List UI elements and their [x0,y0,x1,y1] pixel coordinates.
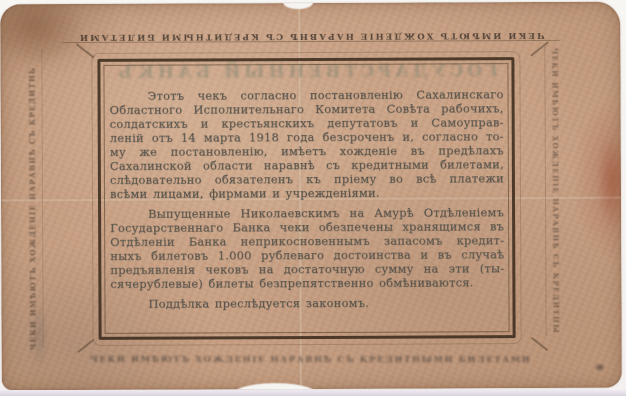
corner-ornament-top-left [76,43,94,58]
text-line: Поддѣлка преслѣдуется закономъ. [110,295,504,311]
scan-background: ЧЕКИ ИМѢЮТЪ ХОЖДЕНІЕ НАРАВНѢ СЪ КРЕДИТНЫ… [0,0,626,396]
corner-ornament-bottom-left [77,339,94,353]
text-line: слѣдовательно обязателенъ къ пріему во в… [110,171,504,187]
scanner-edge-strip [0,390,626,396]
edge-text-left: ЧЕКИ ИМѢЮТЪ ХОЖДЕНІЕ НАРАВНѢ СЪ КРЕДИТНЫ… [27,68,39,350]
edge-text-bottom-smudged: ЧЕКИ ИМѢЮТЪ ХОЖДЕНІЕ НАРАВНѢ СЪ КРЕДИТНЫ… [62,355,560,368]
decree-text-block: Этотъ чекъ согласно постановленію Сахали… [110,87,505,311]
stain-dot-bottom-right [594,363,606,372]
tear-notch-top [283,2,313,9]
banknote-reverse: ЧЕКИ ИМѢЮТЪ ХОЖДЕНІЕ НАРАВНѢ СЪ КРЕДИТНЫ… [0,2,622,391]
text-line: всѣми лицами, фирмами и учрежденіями. [110,185,504,201]
stain-right-edge [597,132,622,232]
corner-ornament-bottom-right [531,337,548,350]
paragraph-decree: Этотъ чекъ согласно постановленію Сахали… [110,87,504,201]
corner-ornament-top-right [530,41,548,56]
edge-text-right: ЧЕКИ ИМѢЮТЪ ХОЖДЕНІЕ НАРАВНѢ СЪ КРЕДИТНЫ… [548,48,560,334]
paragraph-forgery-warning: Поддѣлка преслѣдуется закономъ. [110,295,504,311]
text-line: сячерублевые) билеты безпрепятственно об… [110,275,504,291]
paragraph-backing: Выпущенные Николаевскимъ на Амурѣ Отдѣле… [110,205,504,291]
border-hairline-right [544,46,546,336]
